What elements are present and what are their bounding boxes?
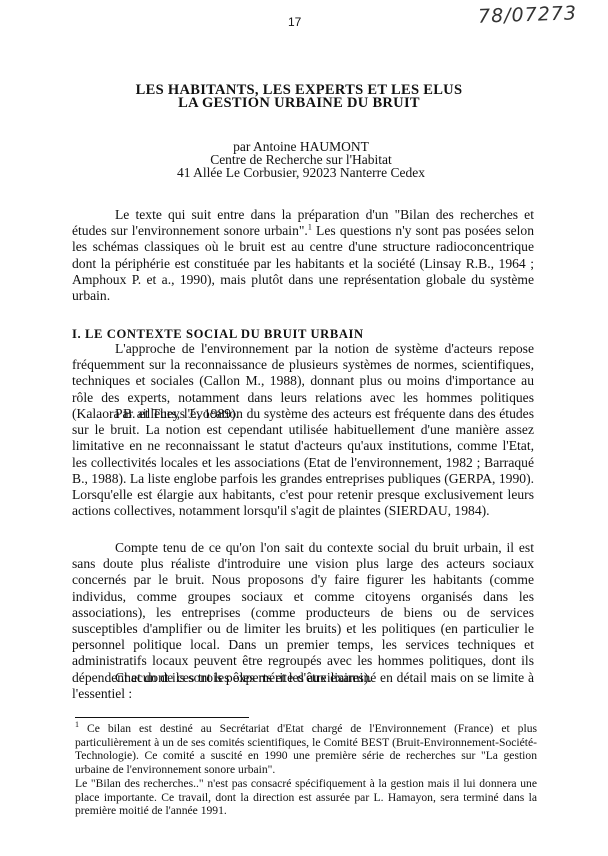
footnote-1: 1 Ce bilan est destiné au Secrétariat d'… — [75, 722, 537, 776]
title-line-2: LA GESTION URBAINE DU BRUIT — [0, 96, 603, 110]
footnote-divider — [75, 717, 249, 718]
author-address: 41 Allée Le Corbusier, 92023 Nanterre Ce… — [0, 166, 605, 181]
intro-paragraph: Le texte qui suit entre dans la préparat… — [72, 207, 534, 304]
handwritten-reference: 78/07273 — [478, 2, 578, 27]
body-paragraph-3: Compte tenu de ce qu'on l'on sait du con… — [72, 540, 534, 686]
body-paragraph-4: Chacun de ces trois pôles mérite d'être … — [72, 670, 534, 702]
page-number: 17 — [288, 15, 301, 29]
footnote-text-1: Ce bilan est destiné au Secrétariat d'Et… — [75, 722, 537, 776]
footnote-continuation: Le "Bilan des recherches.." n'est pas co… — [75, 777, 537, 818]
section-heading: I. LE CONTEXTE SOCIAL DU BRUIT URBAIN — [72, 327, 364, 342]
body-paragraph-2: Par ailleurs, l'évocation du système des… — [72, 406, 534, 519]
